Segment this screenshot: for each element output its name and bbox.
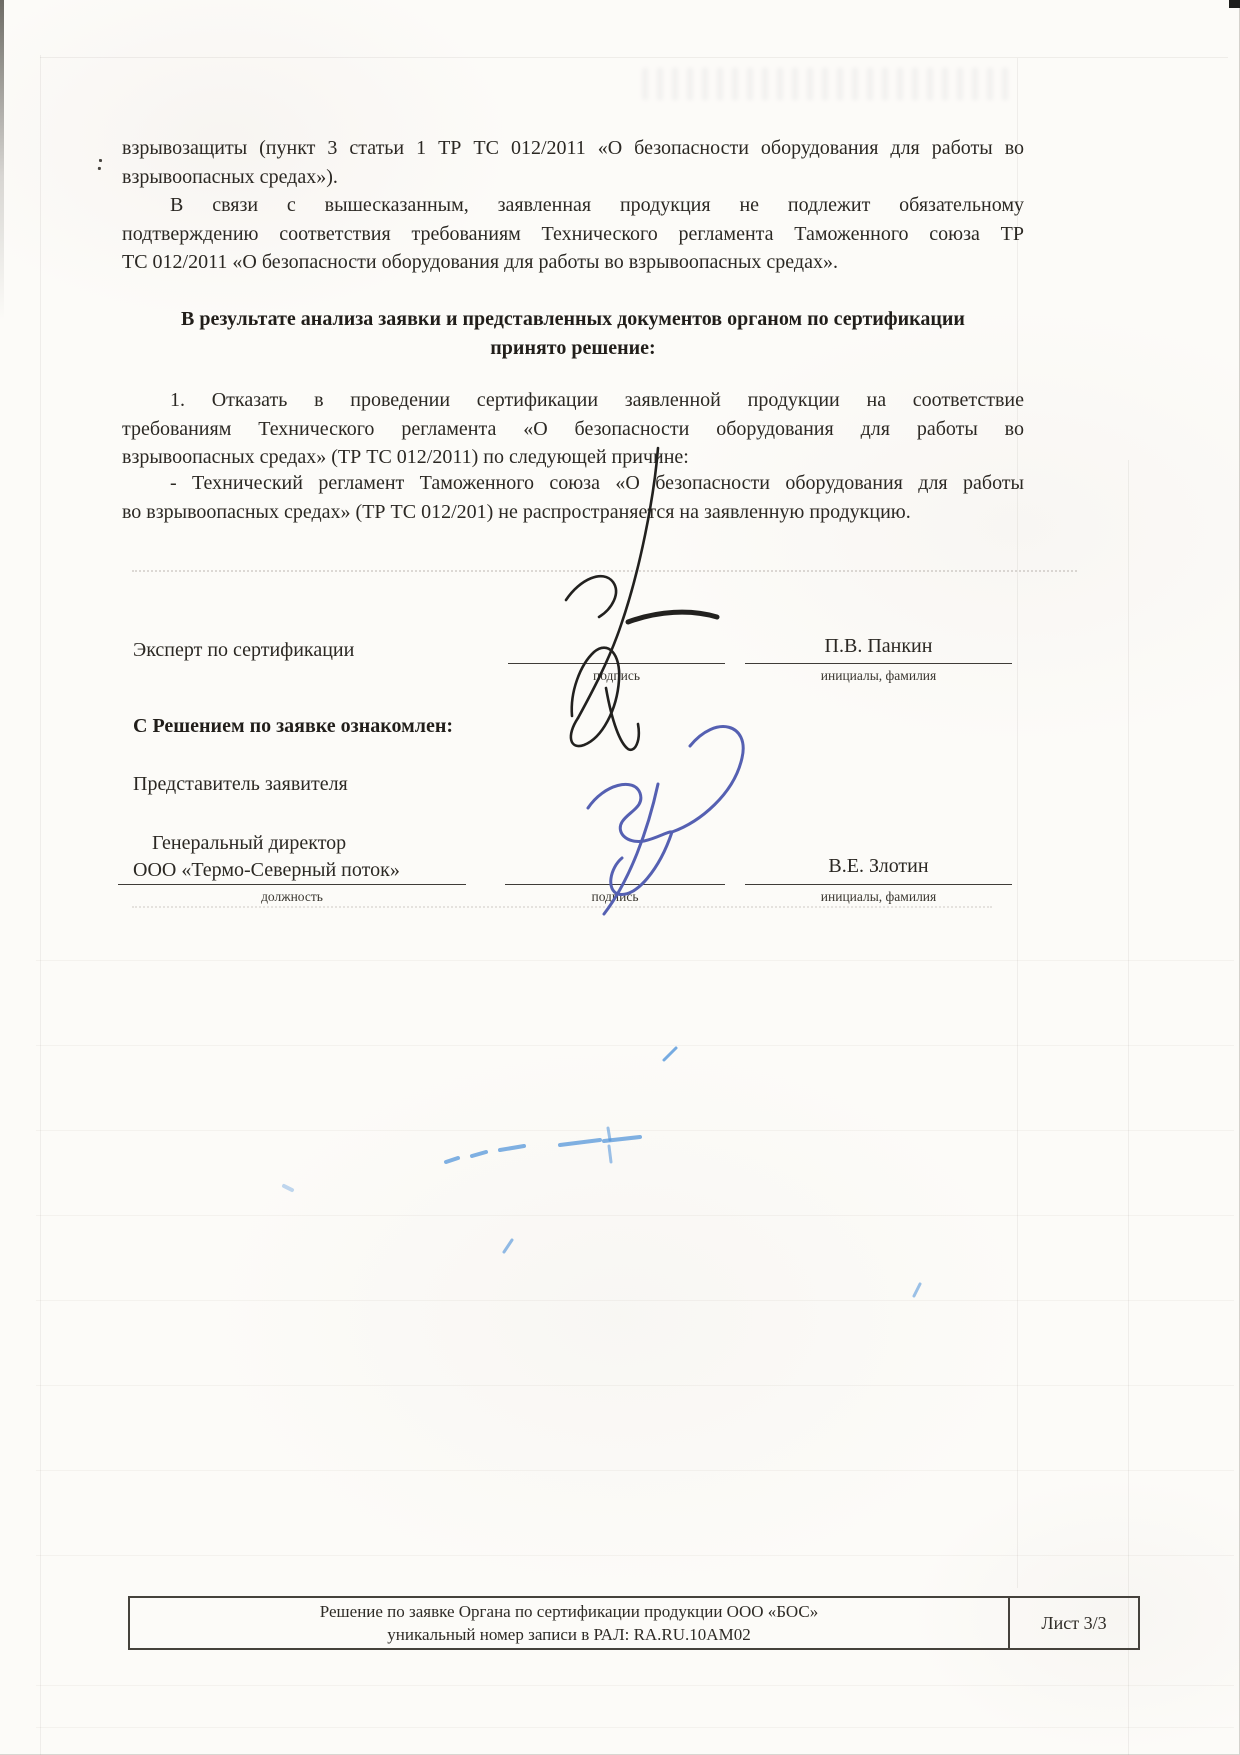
text-line: взрывоопасных средах»).	[122, 163, 1024, 192]
text-line: ТС 012/2011 «О безопасности оборудования…	[122, 248, 1024, 277]
scanned-document-page: взрывозащиты (пункт 3 статьи 1 ТР ТС 012…	[0, 0, 1240, 1755]
scan-edge-shadow	[0, 0, 4, 320]
expert-role-label: Эксперт по сертификации	[133, 636, 354, 665]
ghost-grid-line	[40, 57, 1228, 58]
paragraph-conclusion: В связи с вышесказанным, заявленная прод…	[122, 191, 1024, 277]
position-line	[118, 884, 466, 885]
scan-noise-line	[132, 906, 992, 908]
ghost-grid-line	[36, 960, 1234, 961]
representative-handwritten-signature	[540, 700, 780, 920]
ghost-grid-line	[36, 1555, 1234, 1556]
text-line: требованиям Технического регламента «О б…	[122, 415, 1024, 444]
decision-item-1: 1. Отказать в проведении сертификации за…	[122, 386, 1024, 472]
text-line: - Технический регламент Таможенного союз…	[122, 469, 1024, 498]
position-line-2: ООО «Термо-Северный поток»	[133, 856, 400, 885]
position-line-1: Генеральный директор	[152, 829, 346, 858]
paragraph-continuation: взрывозащиты (пункт 3 статьи 1 ТР ТС 012…	[122, 134, 1024, 191]
text-line: взрывозащиты (пункт 3 статьи 1 ТР ТС 012…	[122, 134, 1024, 163]
ghost-grid-line	[36, 1215, 1234, 1216]
name-line	[745, 884, 1012, 885]
text-line: во взрывоопасных средах» (ТР ТС 012/201)…	[122, 498, 1024, 527]
text-line: взрывоопасных средах» (ТР ТС 012/2011) п…	[122, 443, 1024, 472]
decision-reason: - Технический регламент Таможенного союз…	[122, 469, 1024, 526]
decision-heading: В результате анализа заявки и представле…	[122, 305, 1024, 362]
footer-line-1: Решение по заявке Органа по сертификации…	[130, 1600, 1008, 1623]
footer-record-box: Решение по заявке Органа по сертификации…	[128, 1596, 1140, 1650]
ghost-grid-line	[40, 55, 41, 1755]
expert-name: П.В. Панкин	[745, 635, 1012, 658]
representative-name: В.Е. Злотин	[745, 855, 1012, 878]
scan-noise-line	[132, 570, 1077, 572]
name-line	[745, 663, 1012, 664]
ghost-grid-line	[36, 1045, 1234, 1046]
acknowledgement-heading: С Решением по заявке ознакомлен:	[133, 712, 453, 741]
ghost-bleedthrough-title	[642, 68, 1014, 100]
ghost-grid-line	[36, 1385, 1234, 1386]
name-caption: инициалы, фамилия	[745, 668, 1012, 684]
signature-line	[508, 663, 725, 664]
ghost-grid-line	[1128, 460, 1129, 1755]
footer-description-cell: Решение по заявке Органа по сертификации…	[130, 1598, 1010, 1648]
ghost-grid-line	[36, 1727, 1234, 1728]
ghost-grid-line	[36, 1470, 1234, 1471]
ghost-grid-line	[36, 1685, 1234, 1686]
heading-line: принято решение:	[122, 334, 1024, 363]
signature-line	[505, 884, 725, 885]
signature-caption: подпись	[508, 668, 725, 684]
stray-ink-mark	[99, 159, 102, 162]
ghost-grid-line	[36, 1300, 1234, 1301]
signature-caption: подпись	[505, 889, 725, 905]
name-caption: инициалы, фамилия	[745, 889, 1012, 905]
page-number-label: Лист 3/3	[1041, 1613, 1106, 1634]
text-line: В связи с вышесказанным, заявленная прод…	[122, 191, 1024, 220]
footer-page-cell: Лист 3/3	[1010, 1598, 1138, 1648]
scan-corner-mark	[1229, 0, 1240, 8]
applicant-representative-label: Представитель заявителя	[133, 770, 348, 799]
text-line: 1. Отказать в проведении сертификации за…	[122, 386, 1024, 415]
ghost-grid-line	[36, 1130, 1234, 1131]
text-line: подтверждению соответствия требованиям Т…	[122, 220, 1024, 249]
footer-line-2: уникальный номер записи в РАЛ: RA.RU.10A…	[130, 1623, 1008, 1646]
ghost-grid-line	[1017, 58, 1018, 1588]
heading-line: В результате анализа заявки и представле…	[122, 305, 1024, 334]
position-caption: должность	[118, 889, 466, 905]
